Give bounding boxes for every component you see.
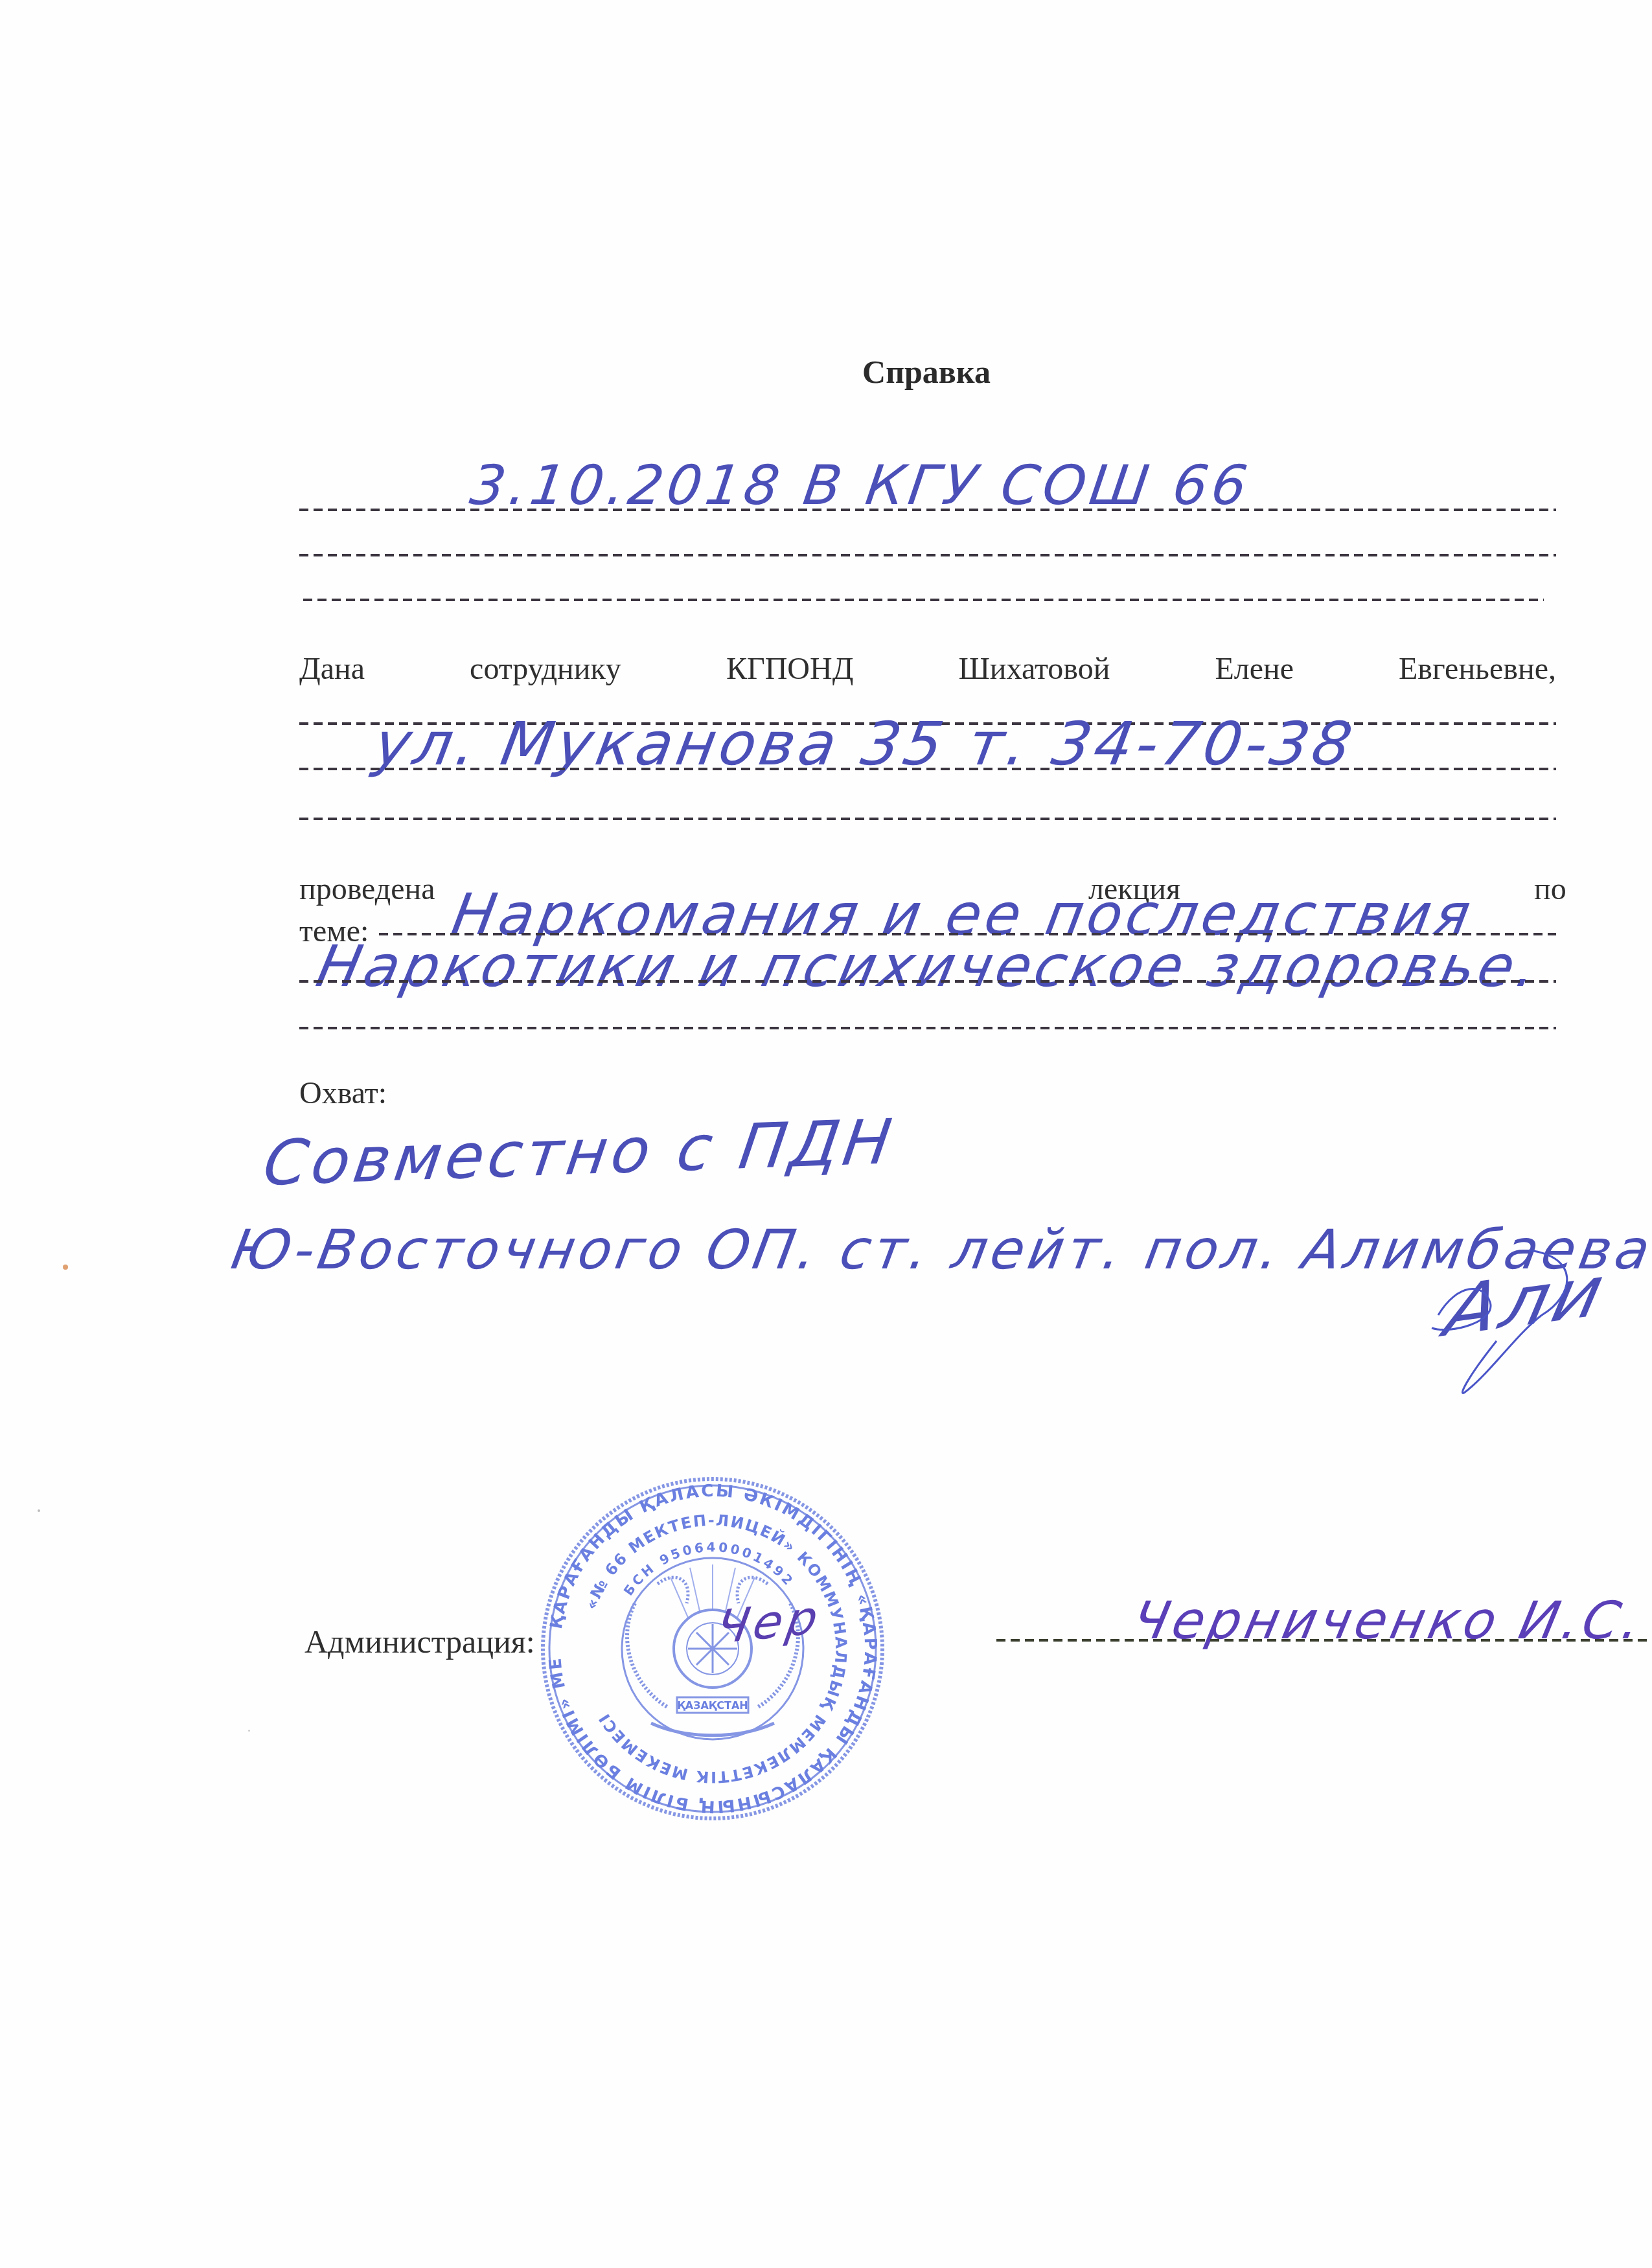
given-word-2: сотрудникy	[470, 651, 621, 687]
svg-text:ҚАЗАҚСТАН: ҚАЗАҚСТАН	[677, 1699, 748, 1712]
administration-signature: Черниченко И.С.	[1127, 1590, 1650, 1651]
given-word-5: Елене	[1215, 651, 1294, 687]
address-line-2	[299, 768, 1556, 770]
address-line-3	[299, 818, 1556, 820]
header-line-1	[299, 509, 1556, 511]
scan-speck	[63, 1265, 68, 1270]
document-page: Справка 3.10.2018 В КГУ СОШ 66 Дана сотр…	[0, 0, 1652, 2268]
given-word-4: Шихатовой	[958, 651, 1110, 687]
topic-line-3	[299, 1027, 1556, 1029]
header-line-3	[303, 599, 1544, 601]
handwritten-coverage-line-1: Совместно с ПДН	[259, 1105, 899, 1200]
lecture-word-on: по	[1534, 871, 1566, 907]
coverage-label: Охват:	[299, 1075, 387, 1111]
official-stamp: ҚАРАҒАНДЫ ҚАЛАСЫ ӘКІМДІГІНІҢ «ҚАРАҒАНДЫ …	[538, 1474, 888, 1824]
scan-speck	[248, 1730, 250, 1732]
given-to-row: Дана сотрудникy КГПОНД Шихатовой Елене Е…	[299, 651, 1556, 687]
administration-label: Администрация:	[304, 1623, 535, 1660]
topic-line-2	[299, 980, 1556, 983]
handwritten-topic-line-2: Наркотики и психическое здоровье.	[311, 933, 1547, 1000]
lecture-word-conducted: проведена	[299, 871, 435, 907]
scan-speck	[38, 1509, 40, 1512]
document-title: Справка	[0, 353, 1652, 391]
given-word-3: КГПОНД	[726, 651, 854, 687]
handwritten-date-school: 3.10.2018 В КГУ СОШ 66	[466, 453, 1255, 517]
header-line-2	[299, 554, 1556, 556]
given-word-1: Дана	[299, 651, 365, 687]
given-word-6: Евгеньевне,	[1399, 651, 1556, 687]
admin-signature-line	[996, 1639, 1652, 1642]
signature-flourish-icon	[1412, 1244, 1581, 1399]
